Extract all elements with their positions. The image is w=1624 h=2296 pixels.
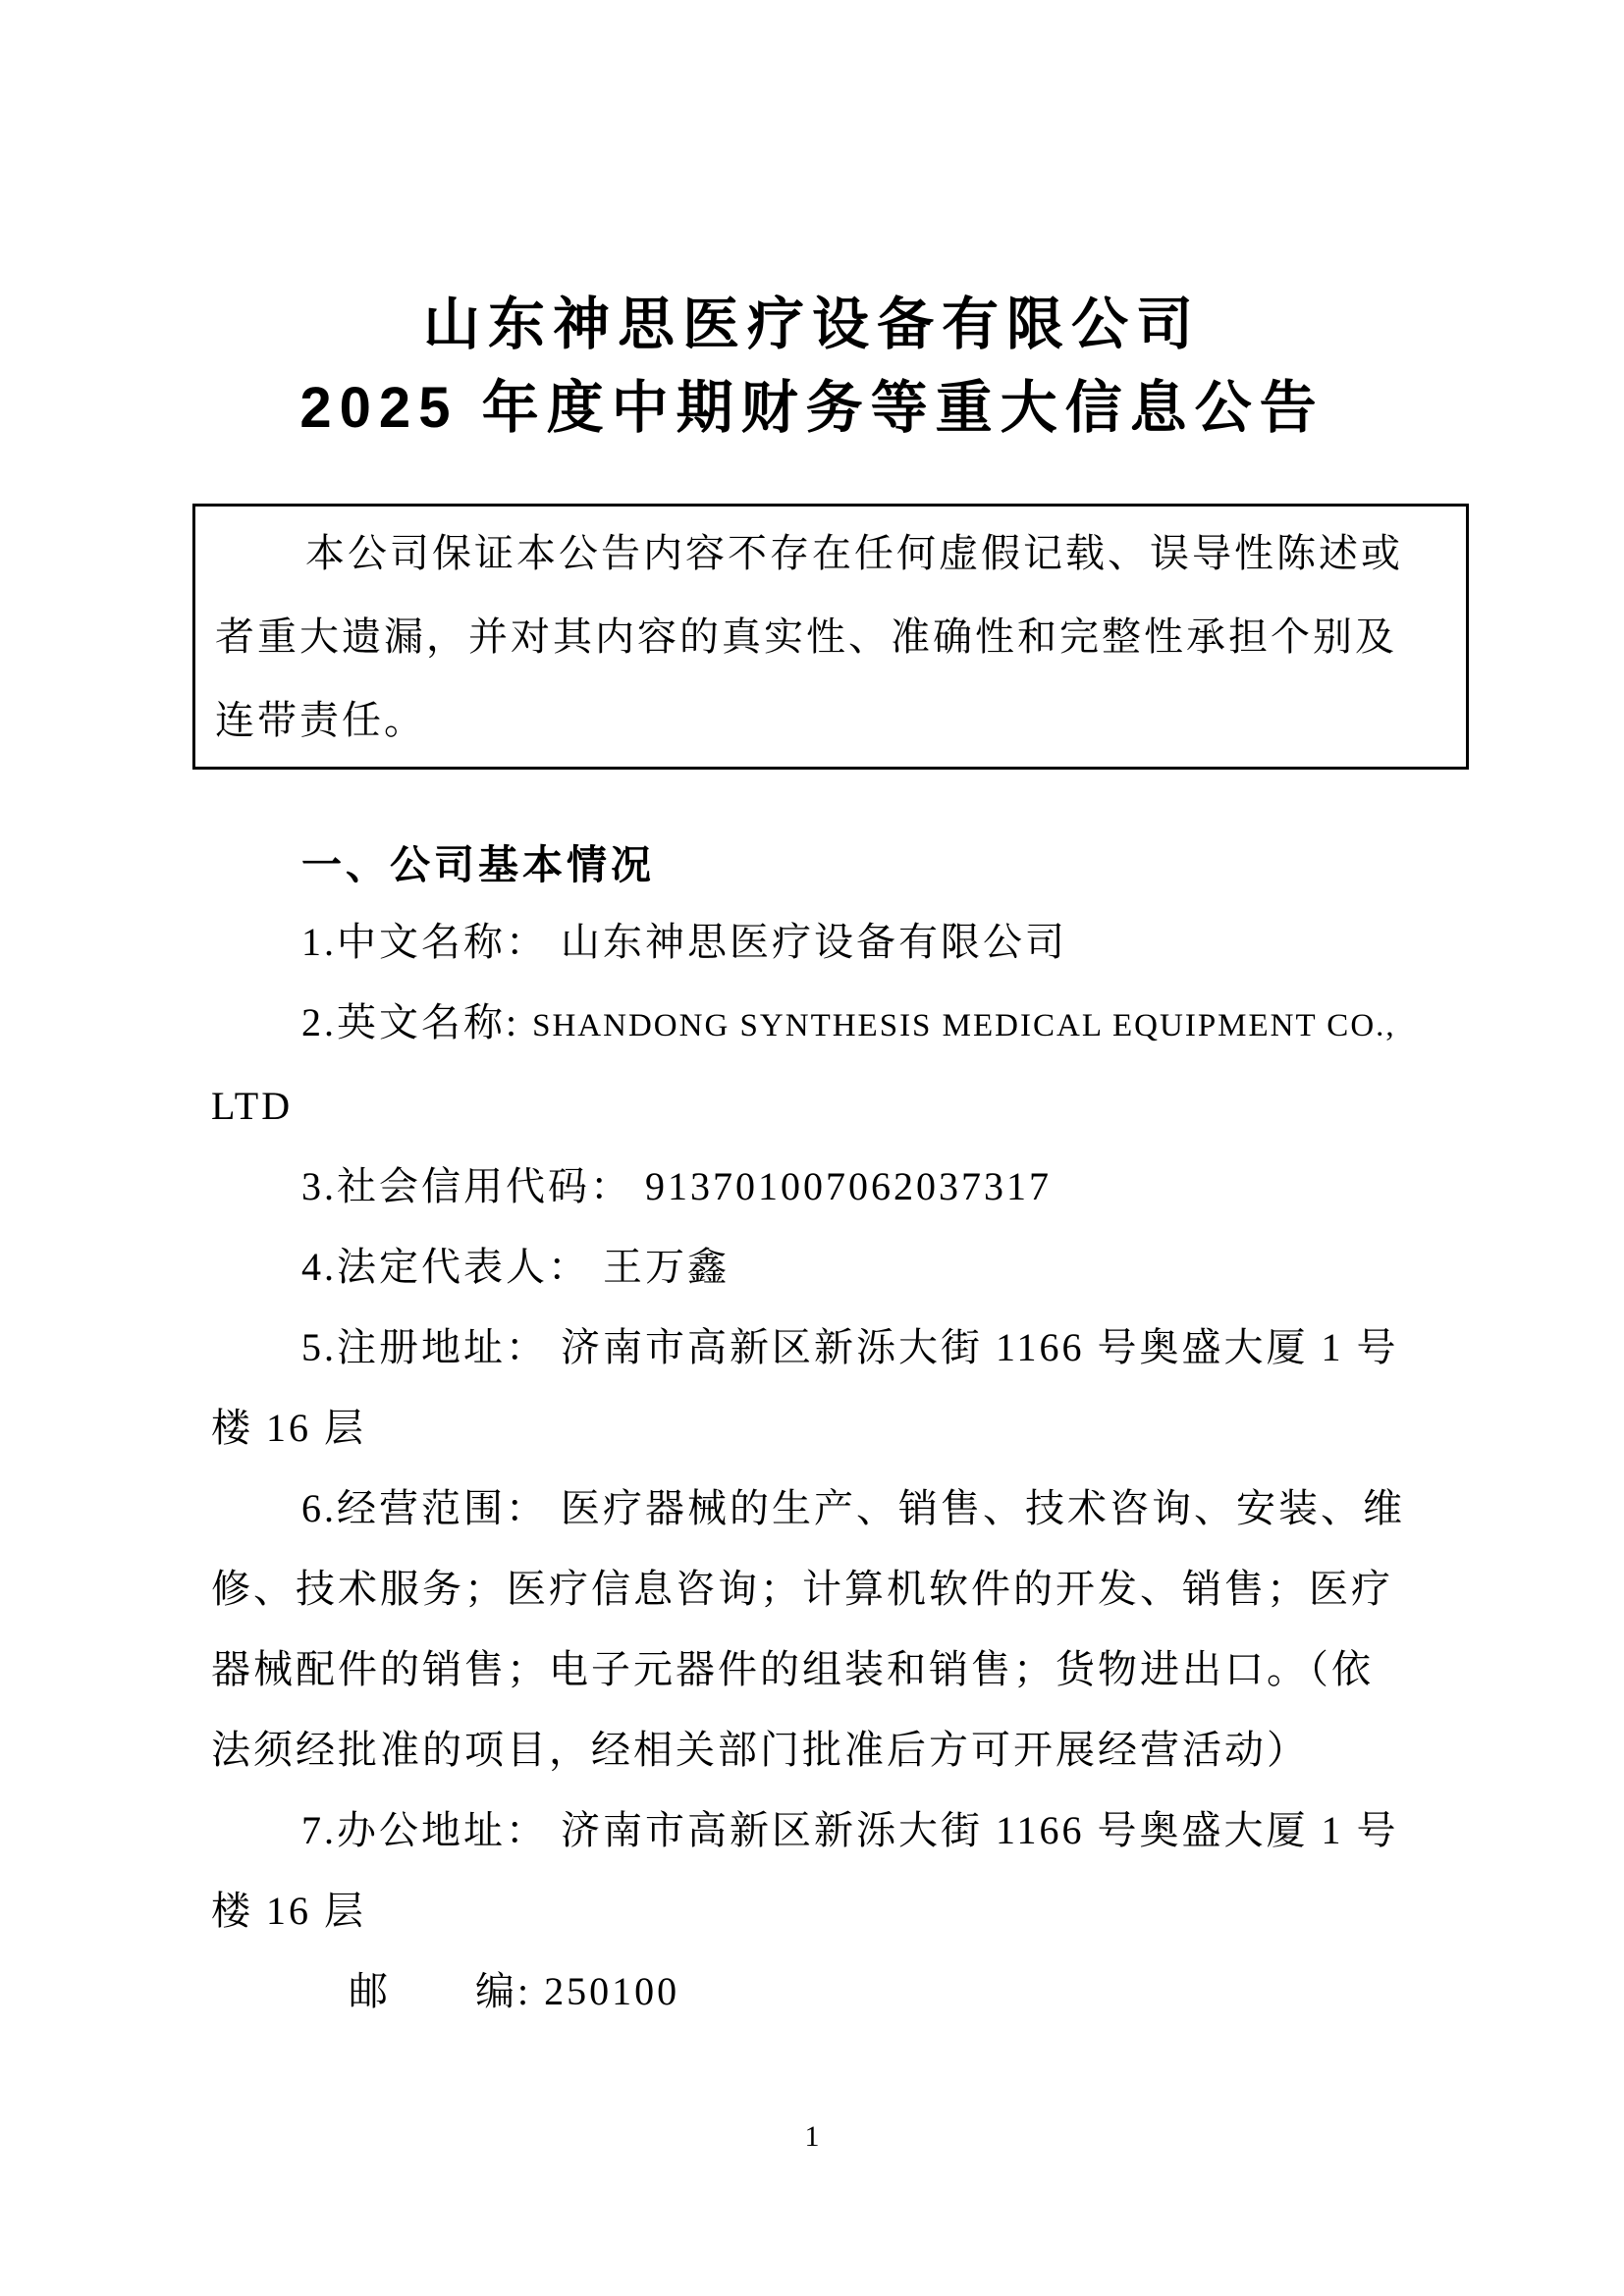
notice-line: 本公司保证本公告内容不存在任何虚假记载、误导性陈述或 <box>215 511 1446 595</box>
body-line-english-name-wrap: LTD <box>211 1066 1624 1147</box>
body-line-office-address: 7.办公地址： 济南市高新区新泺大街 1166 号奥盛大厦 1 号 <box>211 1790 1624 1871</box>
body-line-business-scope-wrap: 修、技术服务；医疗信息咨询；计算机软件的开发、销售；医疗 <box>211 1549 1624 1629</box>
body-line-business-scope-wrap: 器械配件的销售；电子元器件的组装和销售；货物进出口。（依 <box>211 1629 1624 1710</box>
title-line-announcement: 2025 年度中期财务等重大信息公告 <box>0 366 1624 450</box>
document-body: 1.中文名称： 山东神思医疗设备有限公司 2.英文名称: SHANDONG SY… <box>211 902 1624 2032</box>
page-number: 1 <box>0 2120 1624 2154</box>
body-line-english-name: 2.英文名称: SHANDONG SYNTHESIS MEDICAL EQUIP… <box>211 983 1624 1066</box>
body-line-business-scope-wrap: 法须经批准的项目，经相关部门批准后方可开展经营活动） <box>211 1710 1624 1790</box>
body-line-registered-address: 5.注册地址： 济南市高新区新泺大街 1166 号奥盛大厦 1 号 <box>211 1308 1624 1388</box>
notice-box: 本公司保证本公告内容不存在任何虚假记载、误导性陈述或 者重大遗漏，并对其内容的真… <box>192 504 1469 770</box>
title-line-company: 山东神思医疗设备有限公司 <box>0 283 1624 366</box>
notice-line: 者重大遗漏，并对其内容的真实性、准确性和完整性承担个别及 <box>215 595 1446 678</box>
english-name-label: 2.英文名称: <box>301 1000 532 1044</box>
body-line-postal-code: 邮 编: 250100 <box>211 1951 1624 2032</box>
body-line-chinese-name: 1.中文名称： 山东神思医疗设备有限公司 <box>211 902 1624 983</box>
notice-line: 连带责任。 <box>215 678 1446 762</box>
english-name-value: SHANDONG SYNTHESIS MEDICAL EQUIPMENT CO.… <box>532 1008 1396 1043</box>
body-line-office-address-wrap: 楼 16 层 <box>211 1871 1624 1951</box>
body-line-registered-address-wrap: 楼 16 层 <box>211 1388 1624 1468</box>
section-heading-company-basics: 一、公司基本情况 <box>211 830 1624 899</box>
body-line-business-scope: 6.经营范围： 医疗器械的生产、销售、技术咨询、安装、维 <box>211 1468 1624 1549</box>
body-line-legal-representative: 4.法定代表人： 王万鑫 <box>211 1227 1624 1308</box>
document-page: 山东神思医疗设备有限公司 2025 年度中期财务等重大信息公告 本公司保证本公告… <box>0 0 1624 2296</box>
body-line-credit-code: 3.社会信用代码： 913701007062037317 <box>211 1147 1624 1227</box>
document-title: 山东神思医疗设备有限公司 2025 年度中期财务等重大信息公告 <box>0 283 1624 450</box>
